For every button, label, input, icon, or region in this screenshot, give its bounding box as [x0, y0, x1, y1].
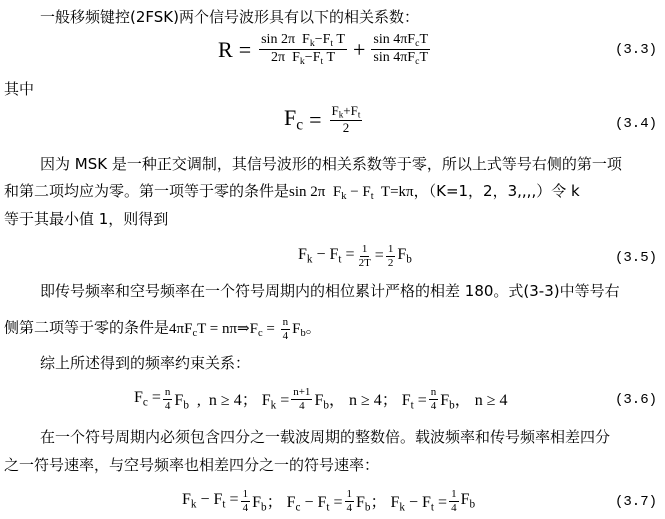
- fraction: sin 2π Fk−Ft T 2π Fk−Ft T: [259, 32, 347, 67]
- carrier-text-line2: 之一符号速率，与空号频率也相差四分之一的符号速率：: [4, 456, 379, 474]
- equation-number: (3.6): [615, 392, 657, 408]
- equation-3-3: R = sin 2π Fk−Ft T 2π Fk−Ft T + sin 4πFc…: [218, 32, 432, 67]
- fraction: sin 4πFcT sin 4πFcT: [371, 32, 430, 67]
- equation-number: (3.5): [615, 250, 657, 266]
- equation-number: (3.4): [615, 116, 657, 132]
- equation-3-7: Fk − Ft = 14 Fb； Fc − Ft = 14 Fb； Fk − F…: [182, 488, 475, 514]
- phase-text-line1: 即传号频率和空号频率在一个符号周期内的相位累计严格的相差 180。式(3-3)中…: [40, 282, 620, 300]
- equation-3-6: Fc = n4 Fb , n ≥ 4； Fk = n+14 Fb， n ≥ 4；…: [134, 386, 508, 412]
- plus-sign: +: [353, 37, 365, 63]
- equation-3-5: Fk − Ft = 12T = 12 Fb: [298, 243, 412, 269]
- text-where: 其中: [4, 80, 34, 98]
- equation-number: (3.3): [615, 42, 657, 58]
- msk-text-line1: 因为 MSK 是一种正交调制，其信号波形的相关系数等于零，所以上式等号右侧的第一…: [40, 155, 622, 173]
- carrier-text-line1: 在一个符号周期内必须包含四分之一载波周期的整数倍。载波频率和传号频率相差四分: [40, 428, 610, 446]
- eq-sign: =: [309, 107, 321, 133]
- equation-number: (3.7): [615, 494, 657, 510]
- equation-3-4: Fc = Fk+Ft 2: [284, 104, 364, 136]
- fraction: Fk+Ft 2: [330, 104, 363, 136]
- eq-symbol: R: [218, 37, 233, 63]
- intro-text: 一般移频键控(2FSK)两个信号波形具有以下的相关系数：: [40, 8, 419, 26]
- msk-text-line2: 和第二项均应为零。第一项等于零的条件是sin 2π Fk − Ft T=kπ，（…: [4, 182, 580, 206]
- msk-text-line3: 等于其最小值 1，则得到: [4, 210, 168, 228]
- summary-text: 综上所述得到的频率约束关系：: [40, 354, 250, 372]
- eq-sign: =: [239, 37, 251, 63]
- phase-text-line2: 侧第二项等于零的条件是4πFcT = nπ⇒Fc = n4Fb。: [4, 316, 321, 343]
